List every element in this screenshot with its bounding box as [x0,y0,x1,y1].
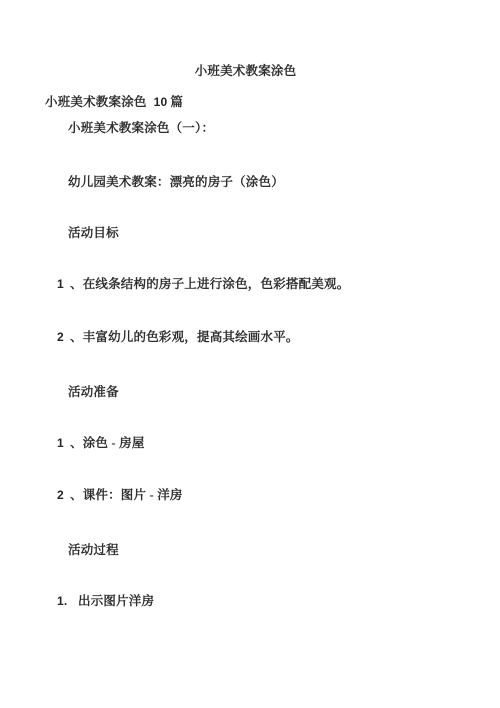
preparation-item-2-text: 、课件：图片 - 洋房 [70,488,183,502]
preparation-item-1-number: 1 [57,435,70,451]
preparation-item-2-number: 2 [57,487,70,503]
preparation-item-1: 1、涂色 - 房屋 [57,435,145,451]
goal-item-2-number: 2 [57,329,70,345]
goal-item-2: 2、丰富幼儿的色彩观，提高其绘画水平。 [57,329,299,345]
preparation-item-2: 2、课件：图片 - 洋房 [57,487,183,503]
document-subtitle: 小班美术教案涂色10篇 [45,94,183,110]
lesson-title: 幼儿园美术教案：漂亮的房子（涂色） [68,174,284,190]
process-item-1-number: 1. [57,593,78,609]
document-title: 小班美术教案涂色 [0,63,491,79]
section-heading-part-one: 小班美术教案涂色（一）： [68,120,214,136]
subtitle-unit: 篇 [170,95,183,109]
goal-item-1-number: 1 [57,276,70,292]
goal-item-1: 1、在线条结构的房子上进行涂色，色彩搭配美观。 [57,276,349,292]
preparation-item-1-text: 、涂色 - 房屋 [70,436,145,450]
goal-item-2-text: 、丰富幼儿的色彩观，提高其绘画水平。 [70,330,299,344]
process-item-1: 1.出示图片洋房 [57,593,154,609]
heading-activity-preparation: 活动准备 [68,384,119,400]
goal-item-1-text: 、在线条结构的房子上进行涂色，色彩搭配美观。 [70,277,349,291]
document-page: 小班美术教案涂色 小班美术教案涂色10篇 小班美术教案涂色（一）： 幼儿园美术教… [0,0,500,708]
subtitle-count: 10 [154,95,168,109]
subtitle-text: 小班美术教案涂色 [45,95,147,109]
heading-activity-goals: 活动目标 [68,225,119,241]
heading-activity-process: 活动过程 [68,542,119,558]
process-item-1-text: 出示图片洋房 [78,594,154,608]
